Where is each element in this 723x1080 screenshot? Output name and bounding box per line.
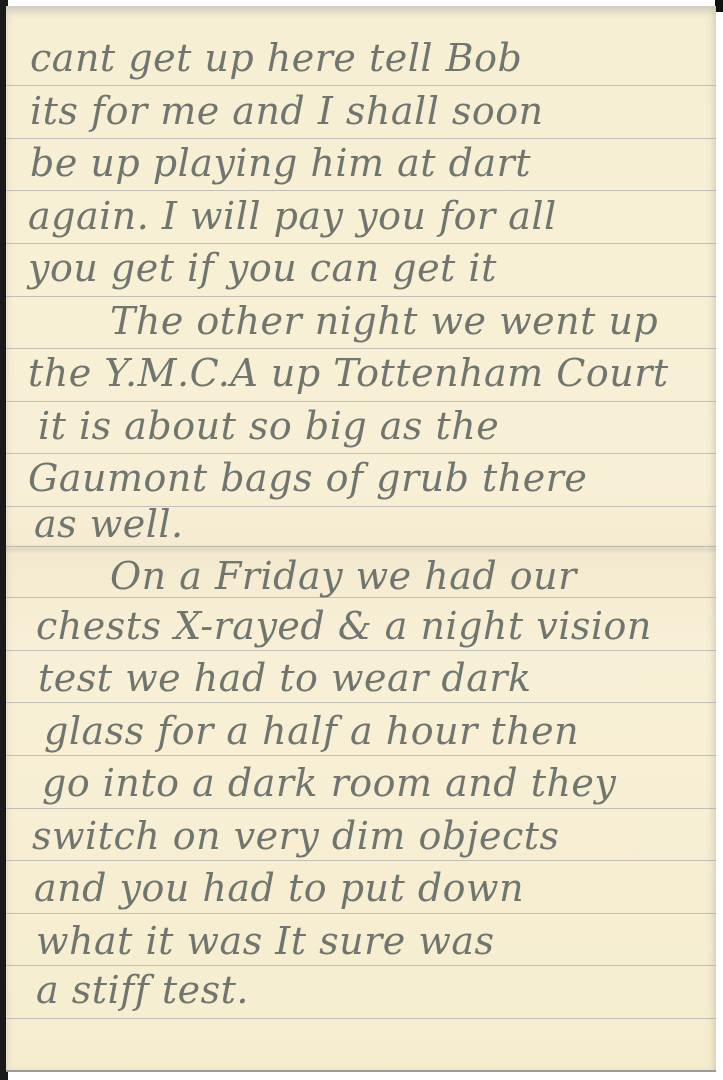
text-line-12: chests X-rayed & a night vision (36, 604, 723, 648)
ruled-line (6, 1018, 716, 1019)
text-line-7: the Y.M.C.A up Tottenham Court (28, 351, 723, 395)
text-line-5: you get if you can get it (28, 246, 723, 290)
text-line-13: test we had to wear dark (38, 656, 723, 700)
text-line-18: what it was It sure was (36, 919, 723, 963)
ruled-line (6, 546, 716, 547)
ruled-line (6, 296, 716, 297)
ruled-line (6, 755, 716, 756)
scan-border-right (715, 0, 723, 12)
text-line-15: go into a dark room and they (42, 761, 723, 805)
ruled-line (6, 860, 716, 861)
text-line-11: On a Friday we had our (110, 554, 723, 598)
ruled-line (6, 808, 716, 809)
letter-page: cant get up here tell Bob its for me and… (6, 6, 716, 1072)
ruled-line (6, 348, 716, 349)
ruled-line (6, 85, 716, 86)
text-line-19: a stiff test. (36, 968, 723, 1012)
ruled-line (6, 913, 716, 914)
text-line-16: switch on very dim objects (32, 814, 723, 858)
ruled-line (6, 401, 716, 402)
text-line-4: again. I will pay you for all (28, 194, 723, 238)
text-line-8: it is about so big as the (38, 404, 723, 448)
text-line-17: and you had to put down (34, 866, 723, 910)
ruled-line (6, 453, 716, 454)
text-line-2: its for me and I shall soon (30, 89, 723, 133)
text-line-10: as well. (34, 502, 723, 546)
ruled-line (6, 965, 716, 966)
text-line-1: cant get up here tell Bob (30, 36, 723, 80)
ruled-line (6, 138, 716, 139)
ruled-line (6, 190, 716, 191)
ruled-line (6, 702, 716, 703)
text-line-9: Gaumont bags of grub there (28, 456, 723, 500)
text-line-3: be up playing him at dart (30, 141, 723, 185)
text-line-6: The other night we went up (110, 299, 723, 343)
ruled-line (6, 650, 716, 651)
ruled-line (6, 243, 716, 244)
text-line-14: glass for a half a hour then (44, 709, 723, 753)
